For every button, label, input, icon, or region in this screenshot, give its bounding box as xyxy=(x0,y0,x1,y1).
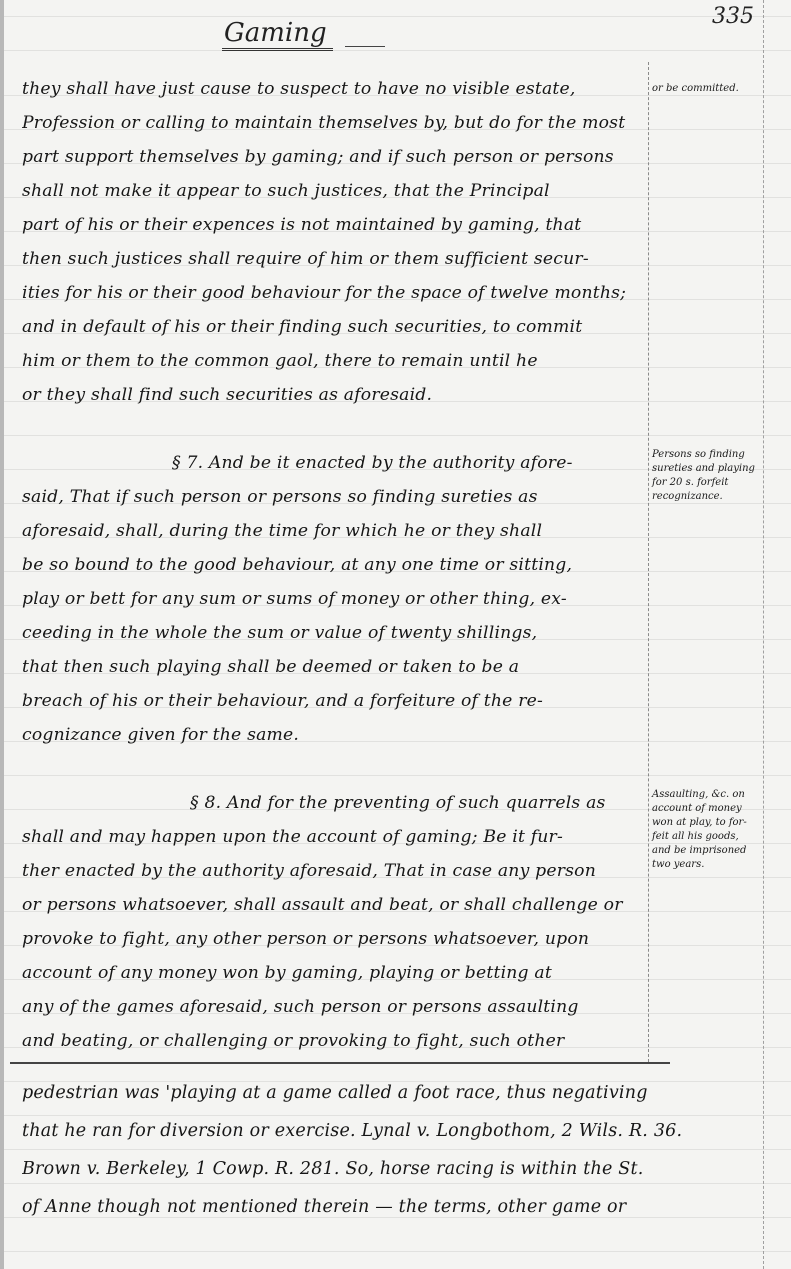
section-8-heading-line: § 8. And for the preventing of such quar… xyxy=(22,786,642,820)
text-line: said, That if such person or persons so … xyxy=(22,480,642,514)
text-line: play or bett for any sum or sums of mone… xyxy=(22,582,642,616)
text-line: him or them to the common gaol, there to… xyxy=(22,344,642,378)
footnote: pedestrian was 'playing at a game called… xyxy=(22,1074,772,1226)
text-line: account of any money won by gaming, play… xyxy=(22,956,642,990)
text-line: any of the games aforesaid, such person … xyxy=(22,990,642,1024)
footnote-divider xyxy=(10,1062,670,1064)
margin-rule xyxy=(648,62,649,1062)
scan-edge xyxy=(0,0,4,1269)
footnote-line: that he ran for diversion or exercise. L… xyxy=(22,1112,762,1150)
paragraph-6: they shall have just cause to suspect to… xyxy=(22,72,642,1058)
text-line: or persons whatsoever, shall assault and… xyxy=(22,888,642,922)
text-line: provoke to fight, any other person or pe… xyxy=(22,922,642,956)
margin-note-2: Persons so finding sureties and playing … xyxy=(652,448,762,504)
text-line: they shall have just cause to suspect to… xyxy=(22,72,642,106)
text-line: ities for his or their good behaviour fo… xyxy=(22,276,642,310)
footnote-line: pedestrian was 'playing at a game called… xyxy=(22,1074,762,1112)
text-line: shall and may happen upon the account of… xyxy=(22,820,642,854)
text-line: then such justices shall require of him … xyxy=(22,242,642,276)
page-number: 335 xyxy=(712,4,754,29)
text-line: ceeding in the whole the sum or value of… xyxy=(22,616,642,650)
footnote-line: Brown v. Berkeley, 1 Cowp. R. 281. So, h… xyxy=(22,1150,762,1188)
text-line: be so bound to the good behaviour, at an… xyxy=(22,548,642,582)
title-underline-tail xyxy=(345,46,385,47)
footnote-line: of Anne though not mentioned therein — t… xyxy=(22,1188,762,1226)
text-line: or they shall find such securities as af… xyxy=(22,378,642,412)
text-line: and beating, or challenging or provoking… xyxy=(22,1024,642,1058)
text-line: ther enacted by the authority aforesaid,… xyxy=(22,854,642,888)
text-line: Profession or calling to maintain themse… xyxy=(22,106,642,140)
page-title: Gaming xyxy=(222,18,333,51)
text-line: cognizance given for the same. xyxy=(22,718,642,752)
text-line: part of his or their expences is not mai… xyxy=(22,208,642,242)
text-line: that then such playing shall be deemed o… xyxy=(22,650,642,684)
text-line: part support themselves by gaming; and i… xyxy=(22,140,642,174)
text-line: shall not make it appear to such justice… xyxy=(22,174,642,208)
text-line: aforesaid, shall, during the time for wh… xyxy=(22,514,642,548)
margin-note-3: Assaulting, &c. on account of money won … xyxy=(652,788,762,872)
text-line: breach of his or their behaviour, and a … xyxy=(22,684,642,718)
margin-note-1: or be committed. xyxy=(652,82,762,96)
text-line: and in default of his or their finding s… xyxy=(22,310,642,344)
section-7-heading-line: § 7. And be it enacted by the authority … xyxy=(22,446,642,480)
